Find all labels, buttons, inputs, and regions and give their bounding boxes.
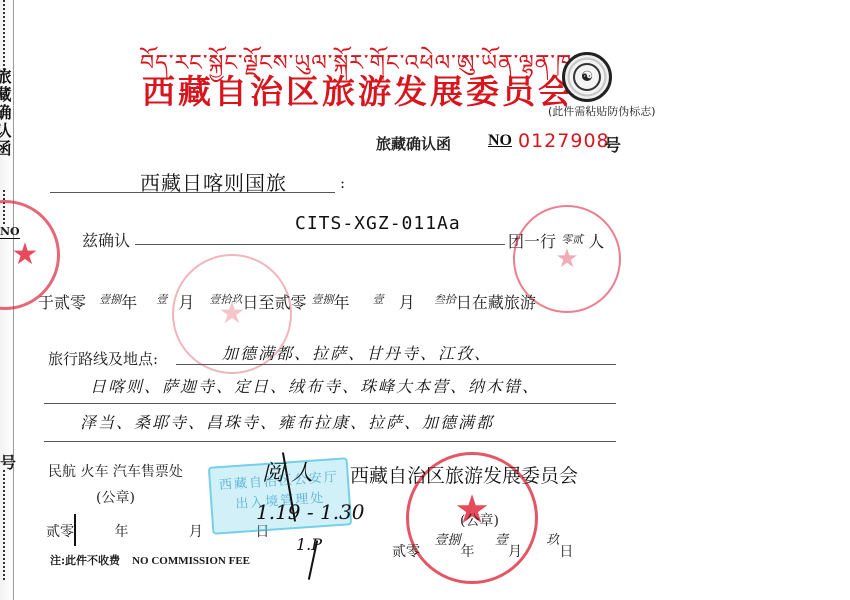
transport-date-prefix: 贰零 (46, 524, 74, 540)
month-label: 月 (189, 524, 203, 540)
perforation-line-bottom (3, 470, 5, 580)
serial-suffix: 号 (604, 131, 621, 156)
day-label: 日 (242, 293, 258, 312)
anti-counterfeit-note: (此件需粘贴防伪标志) (548, 103, 656, 119)
dates-suffix: 在藏旅游 (472, 293, 536, 312)
from-year: 壹捌 (99, 293, 121, 306)
fee-note: 注:此件不收费NO COMMISSION FEE (50, 552, 250, 568)
month-label: 月 (508, 544, 522, 560)
fee-note-cn: 注:此件不收费 (50, 554, 120, 567)
serial-number: 0127908 (518, 130, 610, 152)
issue-day: 玖 (546, 533, 559, 548)
fee-note-en: NO COMMISSION FEE (132, 555, 250, 567)
route-underline-2 (44, 403, 616, 404)
from-day: 壹拾玖 (209, 293, 242, 306)
to-prefix: 至贰零 (258, 293, 306, 312)
route-line-1: 加德满都、拉萨、甘丹寺、江孜、 (222, 341, 492, 364)
no-label-text: NO (488, 132, 512, 149)
route-label: 旅行路线及地点: (48, 348, 158, 369)
route-line-2: 日喀则、萨迦寺、定日、绒布寺、珠峰大本营、纳木错、 (90, 374, 540, 397)
hologram-emblem-icon: ☯ (573, 63, 601, 91)
transport-seal-label: (公章) (96, 487, 135, 507)
day-label: 日 (456, 293, 472, 312)
group-code: CITS-XGZ-011Aa (295, 213, 461, 234)
year-label: 年 (460, 544, 474, 560)
group-code-underline (135, 244, 505, 245)
recipient-colon: : (340, 174, 345, 192)
issue-month: 壹 (495, 533, 508, 548)
route-line-3: 泽当、桑耶寺、昌珠寺、雍布拉康、拉萨、加德满都 (80, 410, 494, 433)
month-label: 月 (399, 293, 415, 312)
transport-office-label: 民航 火车 汽车售票处 (48, 461, 183, 481)
to-day: 叁拾 (434, 293, 456, 306)
handwritten-dates: 1.19 - 1.30 (256, 500, 365, 524)
perforation-line-top (3, 0, 5, 70)
issue-date-prefix: 贰零 (392, 544, 420, 560)
hologram-seal-icon: ☯ (562, 52, 612, 102)
route-underline-3 (44, 441, 616, 442)
travel-dates: 于贰零 壹捌年 壹 月 壹拾玖日至贰零 壹捌年 壹 月 叁拾日在藏旅游 (38, 290, 536, 313)
handwritten-extra: 1.P (296, 535, 322, 554)
to-month: 壹 (373, 293, 384, 306)
issuer-seal-label: (公章) (460, 510, 499, 530)
handwritten-stroke (74, 514, 76, 546)
issue-date: 贰零 壹捌年 壹月 玖日 (392, 541, 573, 561)
from-prefix: 于贰零 (38, 293, 86, 312)
confirm-label: 兹确认 (82, 228, 130, 251)
issue-year: 壹捌 (434, 533, 460, 548)
from-month: 壹 (156, 293, 167, 306)
to-year: 壹捌 (312, 293, 334, 306)
day-label: 日 (559, 544, 573, 560)
month-label: 月 (178, 293, 194, 312)
page-title: 西藏自治区旅游发展委员会 (142, 66, 574, 113)
year-label: 年 (121, 293, 137, 312)
issuer-name: 西藏自治区旅游发展委员会 (350, 461, 578, 488)
document-type: 旅藏确认函 (376, 133, 451, 154)
year-label: 年 (334, 293, 350, 312)
year-label: 年 (114, 524, 128, 540)
recipient-underline (50, 192, 335, 193)
no-label: NO (488, 132, 512, 150)
route-underline-1 (176, 364, 616, 365)
stub-document-type: 旅藏确认函 (0, 68, 14, 158)
